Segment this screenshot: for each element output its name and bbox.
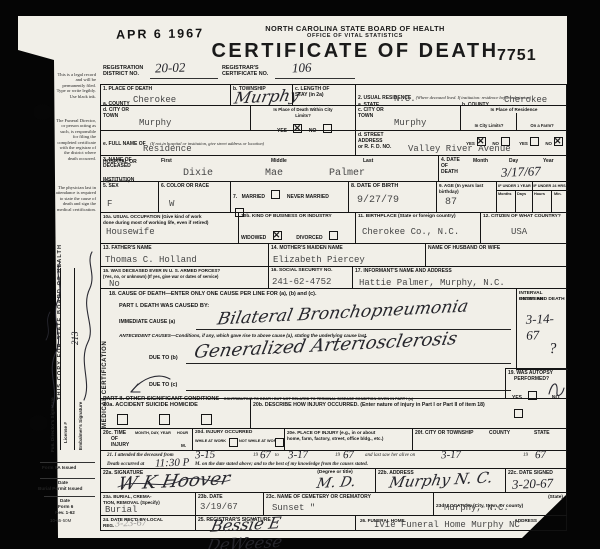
divider xyxy=(516,113,517,131)
field-date-received: 24. DATE REC'D BY LOCAL REG. 3-23-67 xyxy=(100,515,195,531)
field-time-of-injury: 20c. TIME OF INJURY MONTH, DAY, YEAR HOU… xyxy=(100,428,192,450)
registrars-certificate-label: REGISTRAR'S CERTIFICATE NO. xyxy=(222,65,272,77)
last-saw-text: and last saw her alive on xyxy=(365,453,415,458)
field-if-under-24-hrs: IF UNDER 24 HRS. Hours Min. xyxy=(532,181,567,212)
field-residence-checks: Is Place of Residence In City Limits? YE… xyxy=(460,105,567,130)
suicide-checkbox xyxy=(159,414,170,425)
field-physician-signature: 22a. SIGNATURE W K Hoover xyxy=(100,468,295,492)
married-label: MARRIED xyxy=(242,194,265,200)
sex-value: F xyxy=(107,199,112,209)
interval-column-divider xyxy=(516,289,517,369)
field-injury-city: 20f. CITY OR TOWNSHIP xyxy=(412,428,487,450)
mother-label: 14. MOTHER'S MAIDEN NAME xyxy=(271,245,423,251)
divider xyxy=(551,190,552,213)
in-city-limits-label: In City Limits? xyxy=(475,123,504,128)
date-of-birth-value: 9/27/79 xyxy=(357,195,399,206)
degree-value: M. D. xyxy=(315,474,357,492)
is-place-of-residence-label: Is Place of Residence xyxy=(461,107,567,113)
never-married-label: NEVER MARRIED xyxy=(287,194,329,200)
registrar-signature-value: Bessie E DeWeese xyxy=(205,509,359,549)
field-hospital-or-institution: e. FULL NAME OF (If not in hospital or i… xyxy=(100,130,355,155)
due-to-b-label: DUE TO (b) xyxy=(149,355,178,361)
field-township: b. TOWNSHIP Murphy xyxy=(230,84,292,105)
accident-suicide-homicide-label: 20a. ACCIDENT SUICIDE HOMICIDE xyxy=(103,402,248,408)
residence-county-value: Cherokee xyxy=(504,95,547,105)
margin-signature-line xyxy=(60,268,61,450)
field-injury-state: STATE xyxy=(532,428,567,450)
immediate-cause-label: IMMEDIATE CAUSE (a) xyxy=(119,319,175,325)
divider xyxy=(515,190,516,213)
fill-line xyxy=(196,329,511,330)
field-date-signed: 22c. DATE SIGNED 3-20-67 xyxy=(505,468,567,492)
homicide-checkbox xyxy=(201,414,212,425)
fill-line xyxy=(150,78,218,79)
license-number-value: 213 xyxy=(70,332,80,346)
hours-header: Hours xyxy=(534,192,545,196)
field-informant: 17. INFORMANT'S NAME AND ADDRESS Hattie … xyxy=(352,266,567,288)
funeral-director-signature-label: Fun. Director's Signature xyxy=(50,397,55,452)
cemetery-label: 23c. NAME OF CEMETERY OR CREMATORY xyxy=(266,494,431,500)
hospital-label: e. FULL NAME OF xyxy=(103,141,146,147)
middle-name-header: Middle xyxy=(271,158,287,164)
fill-line xyxy=(275,78,355,79)
field-date-of-birth: 8. DATE OF BIRTH 9/27/79 xyxy=(348,181,436,212)
not-while-at-work-checkbox xyxy=(275,438,284,447)
while-at-work-checkbox xyxy=(229,438,238,447)
divider xyxy=(40,478,95,479)
days-header: Days xyxy=(517,192,526,196)
injury-county-label: COUNTY xyxy=(489,430,530,436)
to-text: to xyxy=(275,453,279,458)
attended-to-year: 67 xyxy=(343,449,354,461)
disposition-date-value: 3/19/67 xyxy=(200,502,238,512)
divider xyxy=(40,462,95,463)
field-disposition-date: 23b. DATE 3/19/67 xyxy=(195,492,263,515)
death-occurred-text: Death occurred at xyxy=(107,462,144,467)
residence-city-value: Murphy xyxy=(394,118,426,128)
field-street-address: d. STREET ADDRESS or R. F. D. NO. Valley… xyxy=(355,130,567,155)
due-to-b-interval: ? xyxy=(549,341,557,358)
race-value: W xyxy=(169,199,174,209)
under-24-hrs-header: IF UNDER 24 HRS. xyxy=(533,183,567,189)
immediate-cause-interval: 3-14-67 xyxy=(525,310,567,343)
while-at-work-label: WHILE AT WORK xyxy=(195,439,226,443)
last-name-header: Last xyxy=(363,158,373,164)
ssn-value: 241-62-4752 xyxy=(272,277,331,287)
field-marital-status: 7. MARRIED NEVER MARRIED WIDOWED DIVORCE… xyxy=(230,181,348,212)
location-value: Murphy, N.C. xyxy=(444,503,509,513)
field-cause-of-death: 18. CAUSE OF DEATH—ENTER ONLY ONE CAUSE … xyxy=(100,288,567,395)
not-while-at-work-label: NOT WHILE AT WORK xyxy=(239,439,279,443)
location-state-label: (State) xyxy=(548,495,563,500)
embalmer-signature-label: Embalmer's Signature xyxy=(78,402,83,450)
field-length-of-stay: c. LENGTH OF STAY (in 2a) xyxy=(292,84,355,105)
attended-to-value: 3-17 xyxy=(288,449,309,462)
form-code-line2: Rev. 1-62 xyxy=(55,510,75,515)
first-name-value: Dixie xyxy=(183,168,213,179)
margin-note-physician: The physician last in attendance is requ… xyxy=(54,185,96,212)
org-title: NORTH CAROLINA STATE BOARD OF HEALTH xyxy=(210,24,500,33)
first-name-header: First xyxy=(161,158,172,164)
field-sex: 5. SEX F xyxy=(100,181,158,212)
birthplace-value: Cherokee Co., N.C. xyxy=(362,227,459,237)
field-color-or-race: 6. COLOR OR RACE W xyxy=(158,181,230,212)
office-subtitle: OFFICE OF VITAL STATISTICS xyxy=(210,33,500,39)
field-kind-of-business: 10b. KIND OF BUSINESS OR INDUSTRY xyxy=(238,212,355,243)
print-code: 10-65-50M xyxy=(50,518,71,523)
date-label: Date xyxy=(58,480,68,485)
month-header: Month xyxy=(473,158,488,164)
cause-of-death-label: 18. CAUSE OF DEATH—ENTER ONLY ONE CAUSE … xyxy=(109,291,567,297)
occupation-value: Housewife xyxy=(106,227,155,237)
hospital-value: Residence xyxy=(143,144,192,154)
spouse-label: NAME OF HUSBAND OR WIFE xyxy=(428,245,565,251)
field-social-security-no: 16. SOCIAL SECURITY NO. 241-62-4752 xyxy=(268,266,352,288)
informant-value: Hattie Palmer, Murphy, N.C. xyxy=(359,278,505,288)
fill-line xyxy=(186,363,511,364)
year-header: Year xyxy=(543,158,554,164)
field-city-of-residence: c. CITY OR TOWN Murphy xyxy=(355,105,460,130)
field-registrar-signature: 25. REGISTRAR'S SIGNATURE Bessie E DeWee… xyxy=(195,515,355,531)
citizen-value: USA xyxy=(511,227,527,237)
field-mothers-maiden-name: 14. MOTHER'S MAIDEN NAME Elizabeth Pierc… xyxy=(268,243,425,266)
field-disposition-location: 23d. LOCATION (City, town, or county) (S… xyxy=(433,492,567,515)
date-of-birth-label: 8. DATE OF BIRTH xyxy=(351,183,434,189)
field-if-under-1-year: IF UNDER 1 YEAR Months Days xyxy=(496,181,532,212)
registration-district-label: REGISTRATION DISTRICT NO. xyxy=(103,65,151,77)
birthplace-label: 11. BIRTHPLACE (State or foreign country… xyxy=(358,214,478,220)
field-funeral-home: 26. FUNERAL HOME ADDRESS Ivie Funeral Ho… xyxy=(355,515,567,531)
divider xyxy=(44,496,95,497)
meridiem-label: M. xyxy=(181,443,186,448)
field-injury-county: COUNTY xyxy=(487,428,532,450)
margin-signature-line xyxy=(74,268,75,450)
license-number-label: License # xyxy=(63,422,68,443)
received-date-stamp: APR 6 1967 xyxy=(116,26,204,42)
disposition-date-label: 23b. DATE xyxy=(198,494,261,500)
field-attended-statement: 21. I attended the deceased from 3-15 19… xyxy=(100,450,567,468)
funeral-home-value: Ivie Funeral Home Murphy NC xyxy=(374,520,520,530)
business-label: 10b. KIND OF BUSINESS OR INDUSTRY xyxy=(241,214,353,220)
informant-label: 17. INFORMANT'S NAME AND ADDRESS xyxy=(355,268,565,274)
burial-permit-issued-label: Burial Permit Issued xyxy=(38,486,82,491)
field-age: 9. AGE (In years last birthday) 87 xyxy=(436,181,496,212)
race-label: 6. COLOR OR RACE xyxy=(161,183,228,189)
field-place-of-death-county: 1. PLACE OF DEATH a. COUNTY Cherokee xyxy=(100,84,230,105)
field-fathers-name: 13. FATHER'S NAME Thomas C. Holland xyxy=(100,243,268,266)
father-label: 13. FATHER'S NAME xyxy=(103,245,266,251)
months-header: Months xyxy=(498,192,512,196)
field-name-of-deceased: 3. NAME OF DECEASED (Type or Print) Firs… xyxy=(100,155,438,181)
place-of-death-label: 1. PLACE OF DEATH xyxy=(103,86,228,92)
residence-city-label: c. CITY OR TOWN xyxy=(358,107,388,119)
field-accident-suicide-homicide: 20a. ACCIDENT SUICIDE HOMICIDE xyxy=(100,398,250,428)
certificate-serial-number: 7751 xyxy=(497,47,537,65)
field-injury-occurred: 20d. INJURY OCCURRED WHILE AT WORK NOT W… xyxy=(192,428,284,450)
injury-state-label: STATE xyxy=(534,430,565,436)
hour-header: HOUR xyxy=(177,431,188,435)
how-injury-occurred-label: 20b. DESCRIBE HOW INJURY OCCURRED. (Ente… xyxy=(253,402,565,408)
immediate-cause-value: Bilateral Bronchopneumonia xyxy=(216,297,471,330)
citizen-label: 12. CITIZEN OF WHAT COUNTRY? xyxy=(483,214,565,220)
field-date-of-death: 4. DATE OF DEATH Month Day Year 3/17/67 xyxy=(438,155,567,181)
father-value: Thomas C. Holland xyxy=(105,255,197,265)
field-physician-address: 22b. ADDRESS Murphy N. C. xyxy=(375,468,505,492)
disposition-value: Burial xyxy=(105,505,137,515)
last-saw-year: 67 xyxy=(535,449,546,461)
street-address-value: Valley River Avenue xyxy=(408,144,511,154)
field-husband-or-wife: NAME OF HUSBAND OR WIFE xyxy=(425,243,567,266)
form-code-line1: Form 6 xyxy=(58,504,73,509)
field-describe-how-injury-occurred: 20b. DESCRIBE HOW INJURY OCCURRED. (Ente… xyxy=(250,398,567,428)
last-saw-value: 3-17 xyxy=(441,449,462,462)
age-value: 87 xyxy=(445,197,457,208)
registration-district-value: 20-02 xyxy=(155,59,186,76)
field-autopsy: 19. WAS AUTOPSY PERFORMED? YES NO xyxy=(505,368,567,398)
hole-punch xyxy=(33,104,52,120)
part1-label: PART I. DEATH WAS CAUSED BY: xyxy=(119,303,209,309)
registrars-certificate-value: 106 xyxy=(292,60,312,77)
field-usual-residence: 2. USUAL RESIDENCE (Where deceased lived… xyxy=(355,84,567,105)
scanned-death-certificate: THIS COPY FOR STATE BOARD OF HEALTH This… xyxy=(0,0,600,549)
field-burial-cremation-removal: 23a. BURIAL, CREMA- TION, REMOVAL (Speci… xyxy=(100,492,195,515)
accident-checkbox xyxy=(117,414,128,425)
city-label: d. CITY OR TOWN xyxy=(103,107,133,119)
min-header: Min. xyxy=(554,192,562,196)
field-birthplace: 11. BIRTHPLACE (State or foreign country… xyxy=(355,212,480,243)
date-received-value: 3-23-67 xyxy=(115,517,147,529)
margin-signature-scribble xyxy=(46,312,50,340)
mother-value: Elizabeth Piercey xyxy=(273,255,365,265)
date-of-death-value: 3/17/67 xyxy=(501,163,541,180)
attended-from-value: 3-15 xyxy=(195,449,216,462)
field-usual-occupation: 10a. USUAL OCCUPATION (Give kind of work… xyxy=(100,212,238,243)
certificate-title: CERTIFICATE OF DEATH xyxy=(200,40,510,63)
under-1-year-header: IF UNDER 1 YEAR xyxy=(497,183,532,189)
date-signed-value: 3-20-67 xyxy=(512,475,554,492)
last-name-value: Palmer xyxy=(329,168,365,179)
sex-label: 5. SEX xyxy=(103,183,156,189)
ssn-label: 16. SOCIAL SECURITY NO. xyxy=(271,268,350,274)
field-death-within-city-limits: Is Place of Death Within City Limits? YE… xyxy=(250,105,355,130)
city-of-death-value: Murphy xyxy=(139,118,171,128)
month-day-year-header: MONTH, DAY, YEAR xyxy=(135,431,171,435)
middle-name-value: Mae xyxy=(265,168,283,179)
field-place-of-injury: 20e. PLACE OF INJURY (e.g., in or about … xyxy=(284,428,412,450)
margin-note-legal: This is a legal record and will be perma… xyxy=(56,72,96,99)
margin-note-funeral-director: The Funeral Director, or person acting a… xyxy=(54,118,96,161)
item7-number: 7. xyxy=(233,194,237,200)
date-label: Date xyxy=(60,498,70,503)
injury-city-label: 20f. CITY OR TOWNSHIP xyxy=(415,430,485,436)
form9a-issued-label: Form 9A Issued xyxy=(42,465,76,470)
injury-occurred-label: 20d. INJURY OCCURRED xyxy=(195,430,282,436)
county-value: Cherokee xyxy=(133,95,176,105)
on-a-farm-label: On a Farm? xyxy=(530,123,553,128)
day-header: Day xyxy=(509,158,518,164)
field-part2-conditions: PART II. OTHER SIGNIFICANT CONDITIONS CO… xyxy=(100,386,505,398)
state-value: N.C. xyxy=(394,94,416,104)
field-citizen-of: 12. CITIZEN OF WHAT COUNTRY? USA xyxy=(480,212,567,243)
field-degree-or-title: (Degree or title) M. D. xyxy=(295,468,375,492)
married-checkbox xyxy=(271,190,280,199)
attended-from-year: 67 xyxy=(260,449,271,461)
field-city-of-death: d. CITY OR TOWN Murphy xyxy=(100,105,250,130)
field-armed-forces: 15. WAS DECEASED EVER IN U. S. ARMED FOR… xyxy=(100,266,268,288)
hole-punch xyxy=(29,415,48,431)
